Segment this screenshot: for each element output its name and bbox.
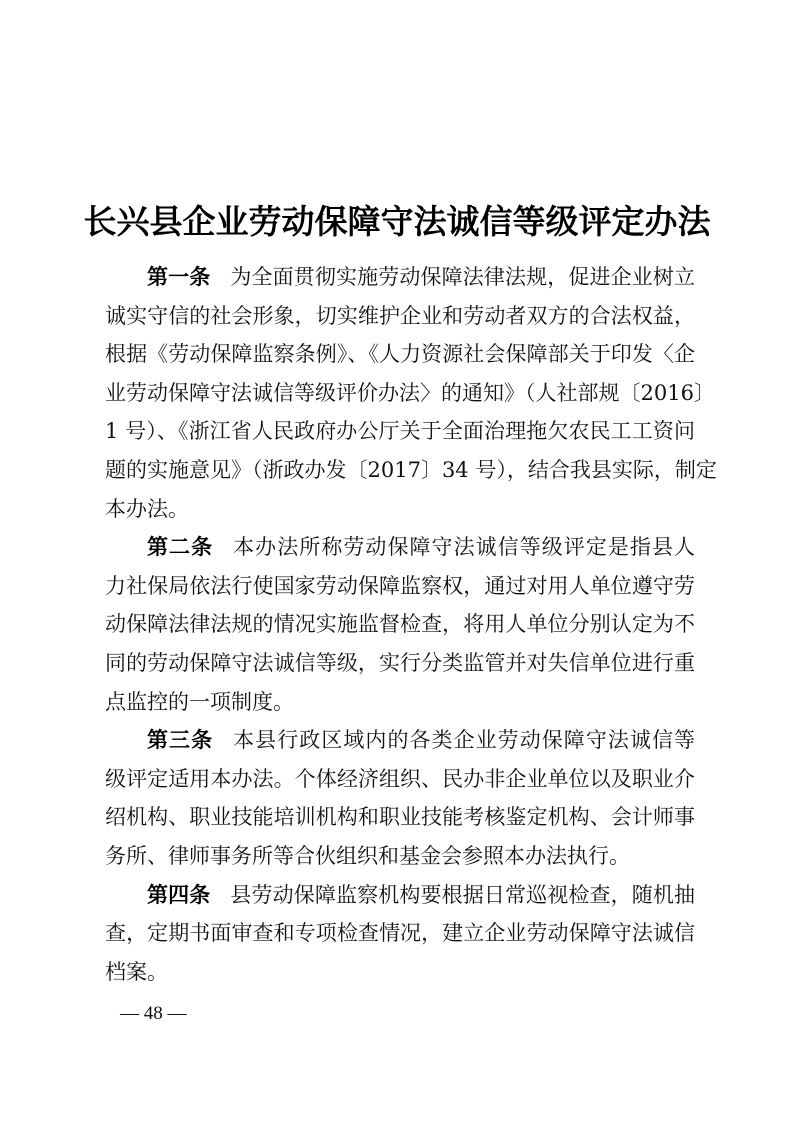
article-3: 第三条本县行政区域内的各类企业劳动保障守法诚信等 级评定适用本办法。个体经济组织…: [105, 721, 695, 875]
article-2: 第二条本办法所称劳动保障守法诚信等级评定是指县人 力社保局依法行使国家劳动保障监…: [105, 528, 695, 721]
paragraph-line: 题的实施意见》（浙政办发〔2017〕34 号），结合我县实际，制定: [105, 451, 695, 490]
paragraph-line: 同的劳动保障守法诚信等级，实行分类监管并对失信单位进行重: [105, 644, 695, 683]
article-1: 第一条为全面贯彻实施劳动保障法律法规，促进企业树立 诚实守信的社会形象，切实维护…: [105, 258, 695, 528]
paragraph-line: 第三条本县行政区域内的各类企业劳动保障守法诚信等: [105, 721, 695, 760]
paragraph-line: 本办法。: [105, 490, 695, 529]
paragraph-line: 点监控的一项制度。: [105, 683, 695, 722]
article-label: 第三条: [147, 727, 213, 752]
article-4: 第四条县劳动保障监察机构要根据日常巡视检查，随机抽 查，定期书面审查和专项检查情…: [105, 876, 695, 992]
article-text: 本县行政区域内的各类企业劳动保障守法诚信等: [233, 728, 695, 752]
article-text: 本办法所称劳动保障守法诚信等级评定是指县人: [233, 535, 695, 559]
paragraph-line: 根据《劳动保障监察条例》、《人力资源社会保障部关于印发〈企: [105, 335, 695, 374]
paragraph-line: 动保障法律法规的情况实施监督检查，将用人单位分别认定为不: [105, 605, 695, 644]
document-title: 长兴县企业劳动保障守法诚信等级评定办法: [0, 200, 794, 244]
page-number: — 48 —: [120, 1002, 187, 1026]
paragraph-line: 第四条县劳动保障监察机构要根据日常巡视检查，随机抽: [105, 876, 695, 915]
paragraph-line: 查，定期书面审查和专项检查情况，建立企业劳动保障守法诚信: [105, 914, 695, 953]
paragraph-line: 力社保局依法行使国家劳动保障监察权，通过对用人单位遵守劳: [105, 567, 695, 606]
article-label: 第二条: [147, 534, 213, 559]
article-text: 县劳动保障监察机构要根据日常巡视检查，随机抽: [230, 883, 695, 907]
paragraph-line: 务所、律师事务所等合伙组织和基金会参照本办法执行。: [105, 837, 695, 876]
paragraph-line: 级评定适用本办法。个体经济组织、民办非企业单位以及职业介: [105, 760, 695, 799]
paragraph-line: 诚实守信的社会形象，切实维护企业和劳动者双方的合法权益，: [105, 297, 695, 336]
article-label: 第四条: [147, 882, 210, 907]
paragraph-line: 1 号）、《浙江省人民政府办公厅关于全面治理拖欠农民工工资问: [105, 412, 695, 451]
document-page: 长兴县企业劳动保障守法诚信等级评定办法 第一条为全面贯彻实施劳动保障法律法规，促…: [0, 0, 794, 1123]
paragraph-line: 第二条本办法所称劳动保障守法诚信等级评定是指县人: [105, 528, 695, 567]
paragraph-line: 绍机构、职业技能培训机构和职业技能考核鉴定机构、会计师事: [105, 798, 695, 837]
paragraph-line: 档案。: [105, 953, 695, 992]
paragraph-line: 业劳动保障守法诚信等级评价办法〉的通知》（人社部规〔2016〕: [105, 374, 695, 413]
article-text: 为全面贯彻实施劳动保障法律法规，促进企业树立: [230, 265, 695, 289]
article-label: 第一条: [147, 264, 210, 289]
paragraph-line: 第一条为全面贯彻实施劳动保障法律法规，促进企业树立: [105, 258, 695, 297]
document-body: 第一条为全面贯彻实施劳动保障法律法规，促进企业树立 诚实守信的社会形象，切实维护…: [105, 258, 695, 991]
